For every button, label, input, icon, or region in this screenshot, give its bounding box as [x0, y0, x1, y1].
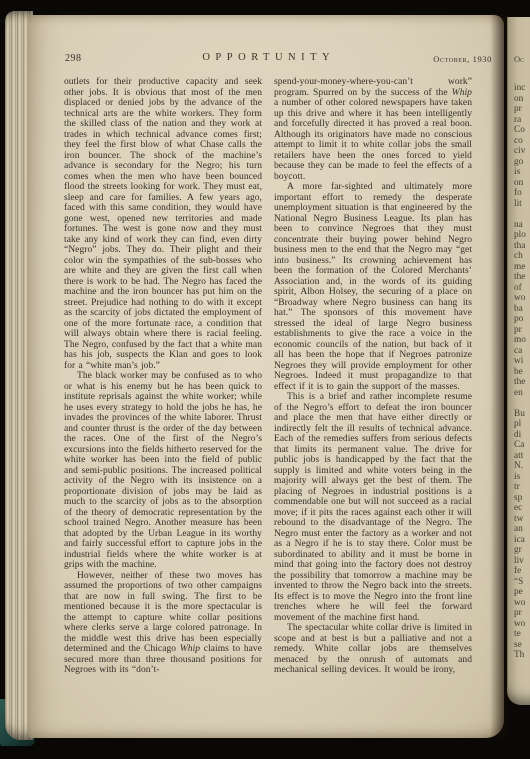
line-fragment: an [514, 524, 526, 535]
line-fragment: att [514, 451, 526, 462]
line-fragment: Bu [514, 409, 526, 420]
line-fragment: pl [514, 419, 526, 430]
line-fragment: inc [514, 83, 526, 94]
line-fragment: wi [514, 356, 526, 367]
book-photo: 298 OPPORTUNITY October, 1930 outlets fo… [0, 0, 530, 759]
line-fragment: is [514, 167, 526, 178]
line-fragment: the [514, 272, 526, 283]
line-fragment: pr [514, 325, 526, 336]
line-fragment: lit [514, 199, 526, 210]
line-fragment: tha [514, 241, 526, 252]
line-fragment: na [514, 220, 526, 231]
line-fragment: se [514, 640, 526, 651]
line-fragment: sp [514, 493, 526, 504]
line-fragment: on [514, 178, 526, 189]
page-header: 298 OPPORTUNITY October, 1930 [28, 53, 504, 67]
magazine-page: 298 OPPORTUNITY October, 1930 outlets fo… [28, 15, 504, 738]
line-fragment [514, 398, 526, 409]
line-fragment [514, 209, 526, 220]
line-fragment: pe [514, 587, 526, 598]
line-fragment: ca [514, 346, 526, 357]
paragraph: spend-your-money-where-you-can’t work” p… [274, 77, 472, 182]
line-fragment: fe [514, 566, 526, 577]
line-fragment: on [514, 94, 526, 105]
line-fragment: di [514, 430, 526, 441]
line-fragment: po [514, 314, 526, 325]
adjacent-page-edge: Oc inconprraCococivgoisonfolitnaplothach… [507, 17, 530, 705]
line-fragment: “S [514, 577, 526, 588]
line-fragment: wo [514, 293, 526, 304]
line-fragment: wo [514, 619, 526, 630]
line-fragment: gr [514, 545, 526, 556]
line-fragment: ch [514, 251, 526, 262]
text-column-right: spend-your-money-where-you-can’t work” p… [274, 77, 472, 676]
paragraph: This is a brief and rather incomplete re… [274, 392, 472, 623]
line-fragment: the [514, 377, 526, 388]
paragraph: The black worker may be confused as to w… [64, 371, 262, 571]
body-text: outlets for their productive capacity an… [64, 77, 472, 676]
line-fragment: tr [514, 482, 526, 493]
line-fragment: pr [514, 104, 526, 115]
line-fragment: go [514, 157, 526, 168]
line-fragment: ra [514, 115, 526, 126]
line-fragment: civ [514, 146, 526, 157]
line-fragment: Th [514, 650, 526, 661]
text-column-left: outlets for their productive capacity an… [64, 77, 262, 676]
line-fragment: en [514, 388, 526, 399]
line-fragment: wo [514, 598, 526, 609]
paragraph: The spectacular white collar drive is li… [274, 623, 472, 676]
paragraph: However, neither of these two moves has … [64, 571, 262, 676]
line-fragment: ica [514, 535, 526, 546]
adjacent-page-header-fragment: Oc [514, 54, 524, 64]
line-fragment: be [514, 367, 526, 378]
line-fragment: ba [514, 304, 526, 315]
line-fragment: fo [514, 188, 526, 199]
paragraph: outlets for their productive capacity an… [64, 77, 262, 371]
line-fragment: ec [514, 503, 526, 514]
line-fragment: mo [514, 335, 526, 346]
issue-date: October, 1930 [433, 54, 492, 64]
page-gutter-shadow [490, 14, 508, 738]
line-fragment: tw [514, 514, 526, 525]
line-fragment: me [514, 262, 526, 273]
adjacent-page-lines: inconprraCococivgoisonfolitnaplothachmet… [514, 83, 526, 661]
line-fragment: co [514, 136, 526, 147]
line-fragment: plo [514, 230, 526, 241]
line-fragment: Ca [514, 440, 526, 451]
line-fragment: N. [514, 461, 526, 472]
line-fragment: liv [514, 556, 526, 567]
line-fragment: pr [514, 608, 526, 619]
line-fragment: is [514, 472, 526, 483]
line-fragment: Co [514, 125, 526, 136]
line-fragment: of [514, 283, 526, 294]
line-fragment: te [514, 629, 526, 640]
paragraph: A more far-sighted and ultimately more i… [274, 182, 472, 392]
